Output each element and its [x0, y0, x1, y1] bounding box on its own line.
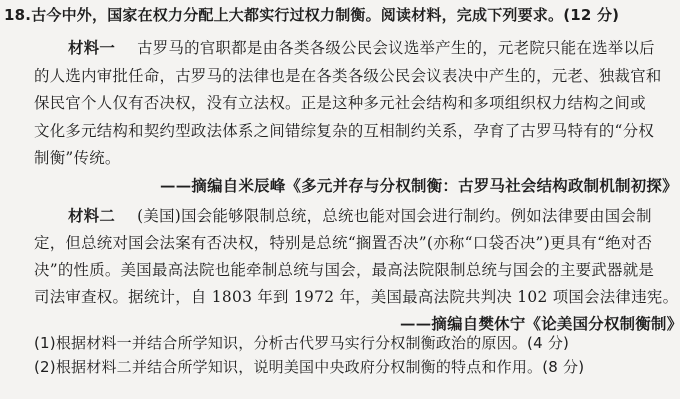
- material1-line-4: 文化多元结构和契约型政法体系之间错综复杂的互相制约关系，孕育了古罗马特有的“分权: [34, 121, 654, 141]
- sub-question-1: (1)根据材料一并结合所学知识，分析古代罗马实行分权制衡政治的原因。(4 分): [34, 333, 569, 353]
- material1-line-3: 保民官个人仅有否决权，没有立法权。正是这种多元社会结构和多项组织权力结构之间或: [34, 93, 646, 113]
- question-number: 18.: [4, 6, 31, 24]
- material1-source: ——摘编自米辰峰《多元并存与分权制衡：古罗马社会结构政制机制初探》: [160, 176, 678, 196]
- material2-line-2: 定，但总统对国会法案有否决权，特别是总统“搁置否决”(亦称“口袋否决”)更具有“…: [34, 233, 652, 253]
- material1-line-1: 材料一古罗马的官职都是由各类各级公民会议选举产生的，元老院只能在选举以后: [68, 38, 655, 58]
- material1-line-5: 制衡”传统。: [34, 148, 121, 168]
- exam-page: 18.古今中外，国家在权力分配上大都实行过权力制衡。阅读材料，完成下列要求。(1…: [0, 0, 680, 399]
- material1-line-2: 的人选内审批任命，古罗马的法律也是在各类各级公民会议表决中产生的，元老、独裁官和: [34, 66, 662, 86]
- material2-line-4: 司法审查权。据统计，自 1803 年到 1972 年，美国最高法院共判决 102…: [34, 287, 678, 307]
- material2-line-1: 材料二(美国)国会能够限制总统，总统也能对国会进行制约。例如法律要由国会制: [68, 206, 652, 226]
- sub-question-2: (2)根据材料二并结合所学知识，说明美国中央政府分权制衡的特点和作用。(8 分): [34, 357, 584, 377]
- material2-label: 材料二: [68, 207, 115, 225]
- material2-source: ——摘编自樊休宁《论美国分权制衡制》: [400, 314, 680, 334]
- material1-label: 材料一: [68, 39, 115, 57]
- question-title: 18.古今中外，国家在权力分配上大都实行过权力制衡。阅读材料，完成下列要求。(1…: [4, 5, 619, 25]
- material2-line-3: 决”的性质。美国最高法院也能牵制总统与国会，最高法院限制总统与国会的主要武器就是: [34, 260, 654, 280]
- question-text: 古今中外，国家在权力分配上大都实行过权力制衡。阅读材料，完成下列要求。(12 分…: [31, 6, 619, 24]
